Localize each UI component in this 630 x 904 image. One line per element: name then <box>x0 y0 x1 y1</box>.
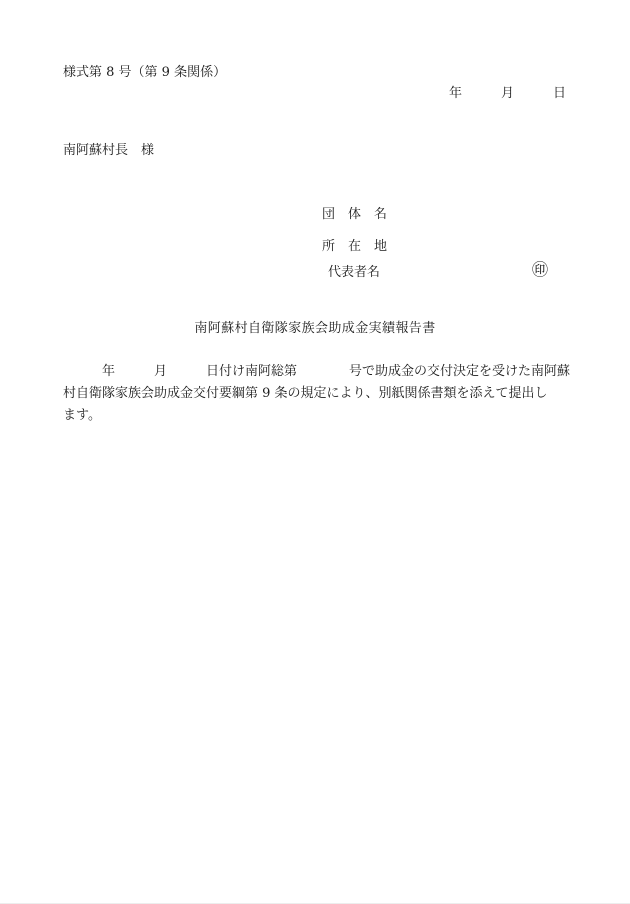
date-line: 年 月 日 <box>449 85 566 103</box>
seal-mark-icon: ㊞ <box>532 262 548 278</box>
address-label: 所 在 地 <box>322 238 387 256</box>
addressee: 南阿蘇村長 様 <box>63 142 154 160</box>
form-number: 様式第 8 号（第 9 条関係） <box>63 64 226 82</box>
document-title: 南阿蘇村自衛隊家族会助成金実績報告書 <box>0 320 630 338</box>
body-line-2: 村自衛隊家族会助成金交付要綱第 9 条の規定により、別紙関係書類を添えて提出し <box>63 383 569 405</box>
document-page: 様式第 8 号（第 9 条関係） 年 月 日 南阿蘇村長 様 団 体 名 所 在… <box>0 0 630 904</box>
representative-name-label: 代表者名 <box>328 264 380 282</box>
group-name-label: 団 体 名 <box>322 206 387 224</box>
body-line-3: ます。 <box>63 405 569 427</box>
body-paragraph: 年 月 日付け南阿総第 号で助成金の交付決定を受けた南阿蘇 村自衛隊家族会助成金… <box>63 361 569 427</box>
body-line-1: 年 月 日付け南阿総第 号で助成金の交付決定を受けた南阿蘇 <box>63 361 569 383</box>
